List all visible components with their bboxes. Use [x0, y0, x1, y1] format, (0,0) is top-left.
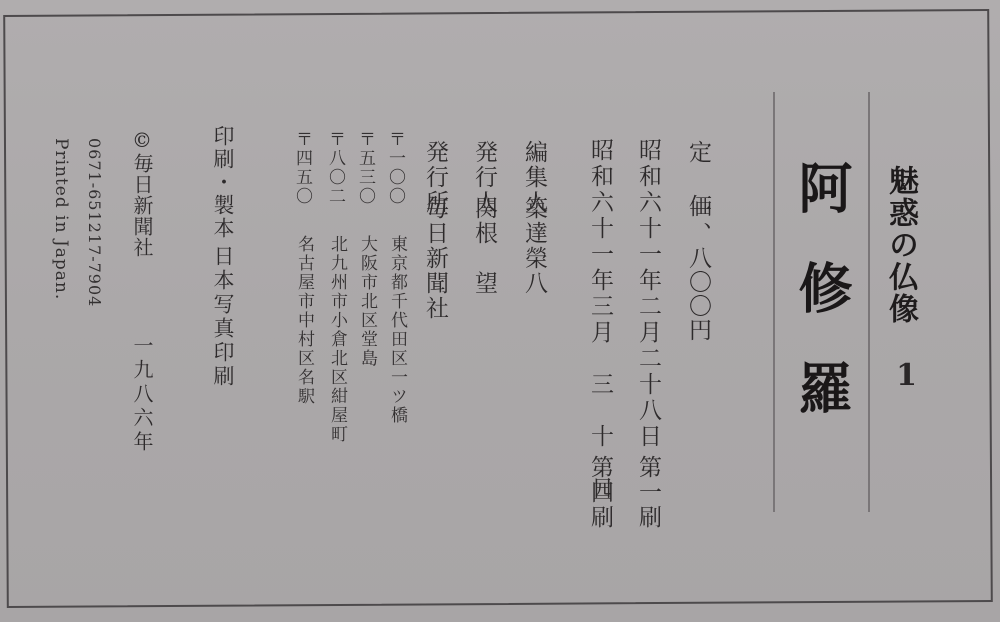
editor-name: 築達榮八: [522, 196, 545, 296]
colophon-page: 魅惑の仏像 1 阿修羅 定 価 一、八〇〇円 昭和六十一年二月二十八日 第一刷 …: [0, 0, 1000, 622]
book-title: 阿修羅: [795, 160, 849, 460]
fourth-edition-number: 第四刷: [588, 455, 611, 530]
printed-in-japan: Printed in Japan.: [52, 138, 69, 300]
copyright-year: 一九八六年: [132, 335, 152, 455]
office-address-nagoya: 名古屋市中村区名駅: [295, 235, 312, 406]
price-value: 一、八〇〇円: [686, 198, 709, 342]
title-rule-left: [773, 92, 775, 512]
publisher-person-name: 関根 望: [472, 196, 495, 296]
first-edition-number: 第一刷: [636, 455, 659, 530]
title-rule-right: [868, 92, 870, 512]
office-postal-kitakyushu: 〒八〇二: [326, 130, 343, 206]
printing-name: 日本写真印刷: [212, 245, 233, 389]
product-code: 0671-651217-7904: [86, 138, 102, 307]
office-postal-nagoya: 〒四五〇: [293, 130, 310, 206]
office-address-osaka: 大阪市北区堂島: [358, 235, 375, 368]
fourth-edition-date: 昭和六十一年三月 三 十 日: [588, 138, 611, 502]
series-volume: 1: [891, 358, 921, 393]
office-address-kitakyushu: 北九州市小倉北区紺屋町: [328, 235, 345, 444]
series-title: 魅惑の仏像: [885, 165, 915, 325]
publishing-house-name: 毎日新聞社: [423, 196, 446, 321]
first-edition-date: 昭和六十一年二月二十八日: [636, 138, 659, 450]
office-address-tokyo: 東京都千代田区一ツ橋: [388, 235, 405, 425]
office-postal-osaka: 〒五三〇: [356, 130, 373, 206]
office-postal-tokyo: 〒一〇〇: [386, 130, 403, 206]
series-title-text: 魅惑の仏像: [883, 165, 918, 325]
printing-label: 印刷・製本: [212, 125, 233, 240]
copyright-holder: ©毎日新聞社: [132, 128, 152, 258]
